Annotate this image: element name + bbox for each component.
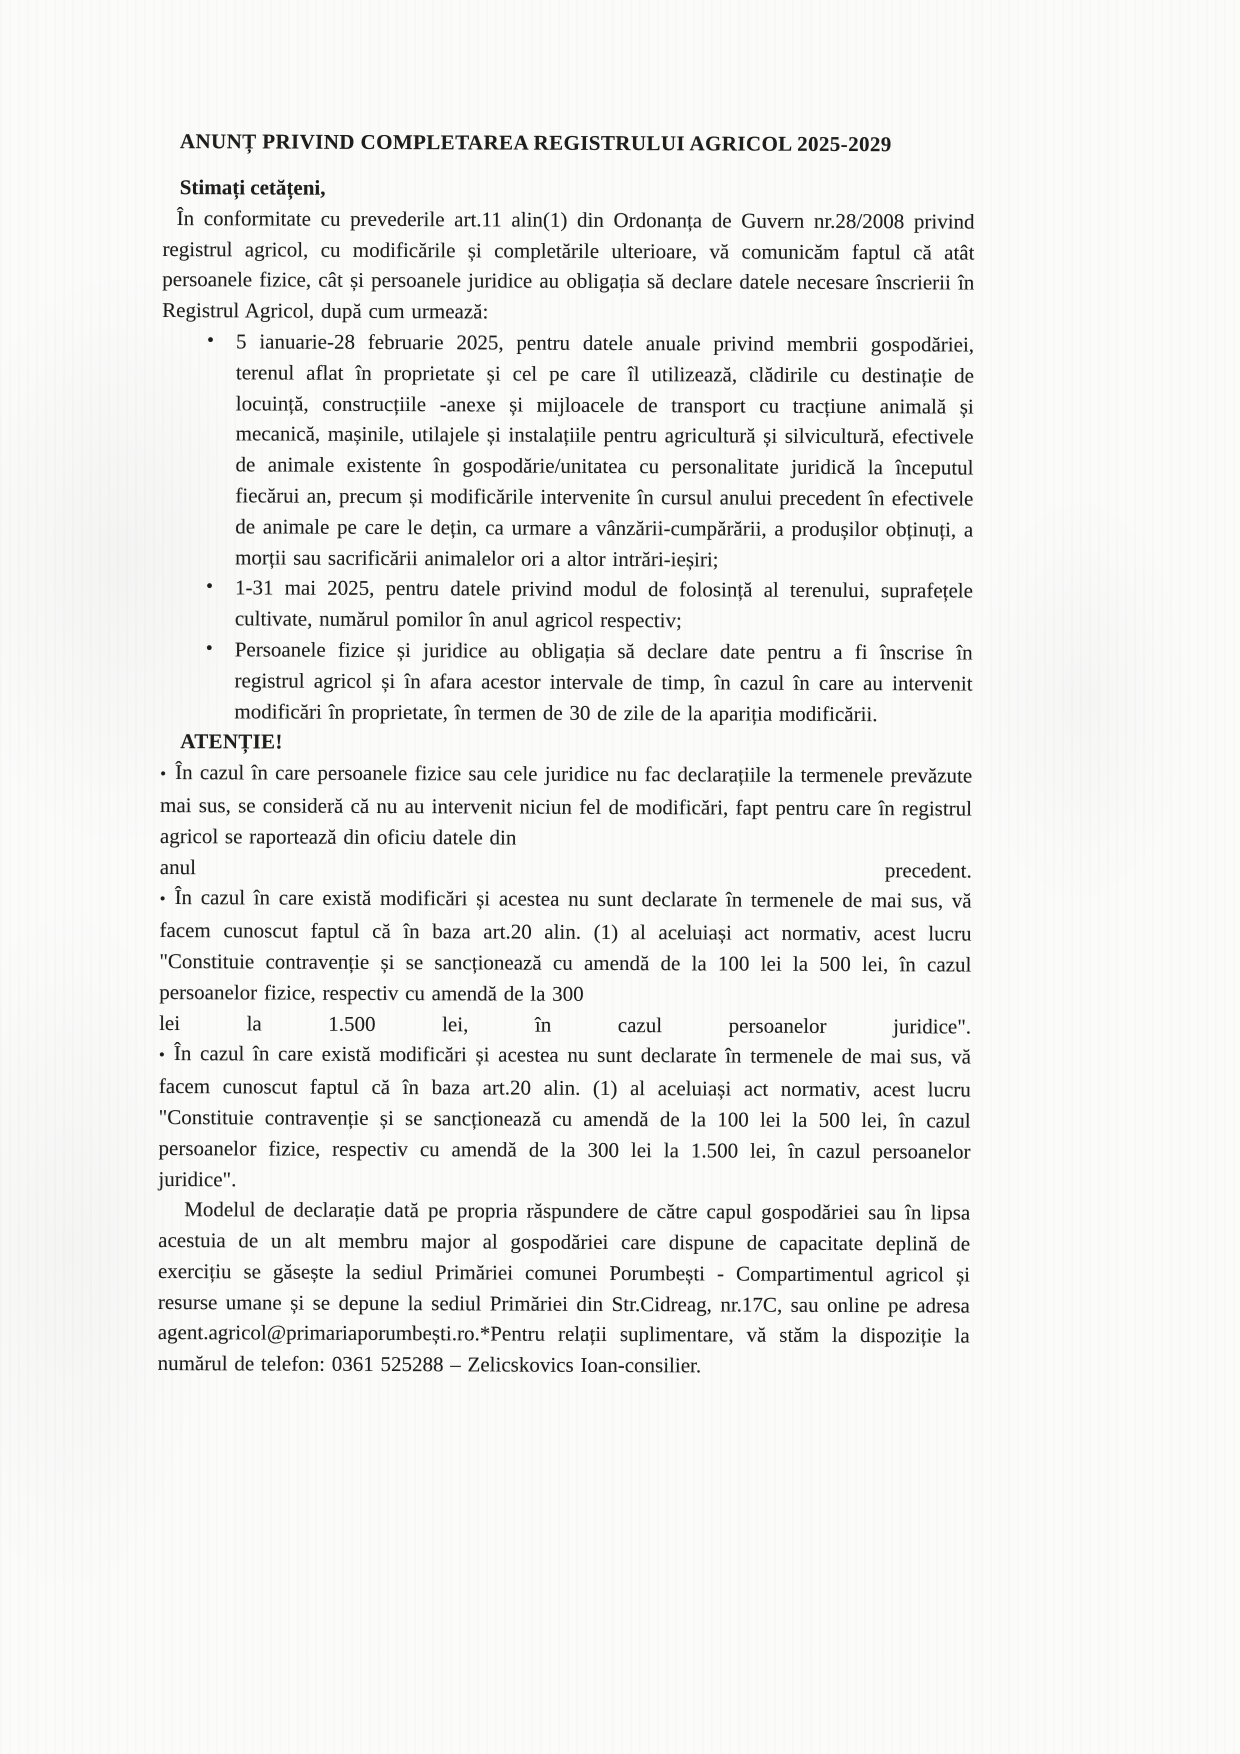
deadline-item: • Persoanele fizice și juridice au oblig… — [160, 634, 972, 730]
deadline-list: • 5 ianuarie-28 februarie 2025, pentru d… — [160, 326, 974, 730]
deadline-item: • 5 ianuarie-28 februarie 2025, pentru d… — [161, 326, 974, 576]
deadline-item: • 1-31 mai 2025, pentru datele privind m… — [161, 572, 973, 637]
attention-no-declaration-paragraph: •În cazul în care persoanele fizice sau … — [160, 757, 972, 855]
attention-sanction-paragraph-1: •În cazul în care există modificări și a… — [159, 882, 972, 1011]
attention-sanction-1-text: În cazul în care există modificări și ac… — [159, 885, 972, 1005]
bullet-icon: • — [206, 633, 213, 664]
attention-sanction-2-text: În cazul în care există modificări și ac… — [158, 1041, 971, 1190]
deadline-text-1: 5 ianuarie-28 februarie 2025, pentru dat… — [235, 329, 974, 571]
bullet-icon: • — [160, 889, 166, 908]
bullet-icon: • — [207, 325, 214, 356]
attention-sanction-paragraph-2: •În cazul în care există modificări și a… — [158, 1038, 971, 1198]
intro-paragraph: În conformitate cu prevederile art.11 al… — [162, 203, 975, 330]
bullet-icon: • — [159, 1045, 165, 1064]
deadline-text-3: Persoanele fizice și juridice au obligaț… — [234, 637, 972, 725]
salutation: Stimați cetățeni, — [163, 172, 975, 206]
last-line-left: anul — [160, 852, 196, 883]
document-title: ANUNȚ PRIVIND COMPLETAREA REGISTRULUI AG… — [163, 128, 975, 158]
attention-no-declaration-text: În cazul în care persoanele fizice sau c… — [160, 760, 972, 849]
last-line-right: precedent. — [885, 855, 972, 886]
bullet-icon: • — [206, 572, 213, 603]
deadline-text-2: 1-31 mai 2025, pentru datele privind mod… — [235, 576, 973, 633]
attention-sanction-1-last-line: lei la 1.500 lei, în cazul persoanelor j… — [159, 1008, 971, 1042]
attention-heading: ATENȚIE! — [160, 726, 972, 760]
bullet-icon: • — [160, 764, 166, 783]
closing-paragraph: Modelul de declarație dată pe propria ră… — [158, 1194, 971, 1382]
scanned-document-page: { "glyphs": { "bullet": "•" }, "document… — [0, 0, 1240, 1754]
document-content: ANUNȚ PRIVIND COMPLETAREA REGISTRULUI AG… — [158, 128, 975, 1383]
attention-no-declaration-last-line: anul precedent. — [160, 852, 972, 886]
